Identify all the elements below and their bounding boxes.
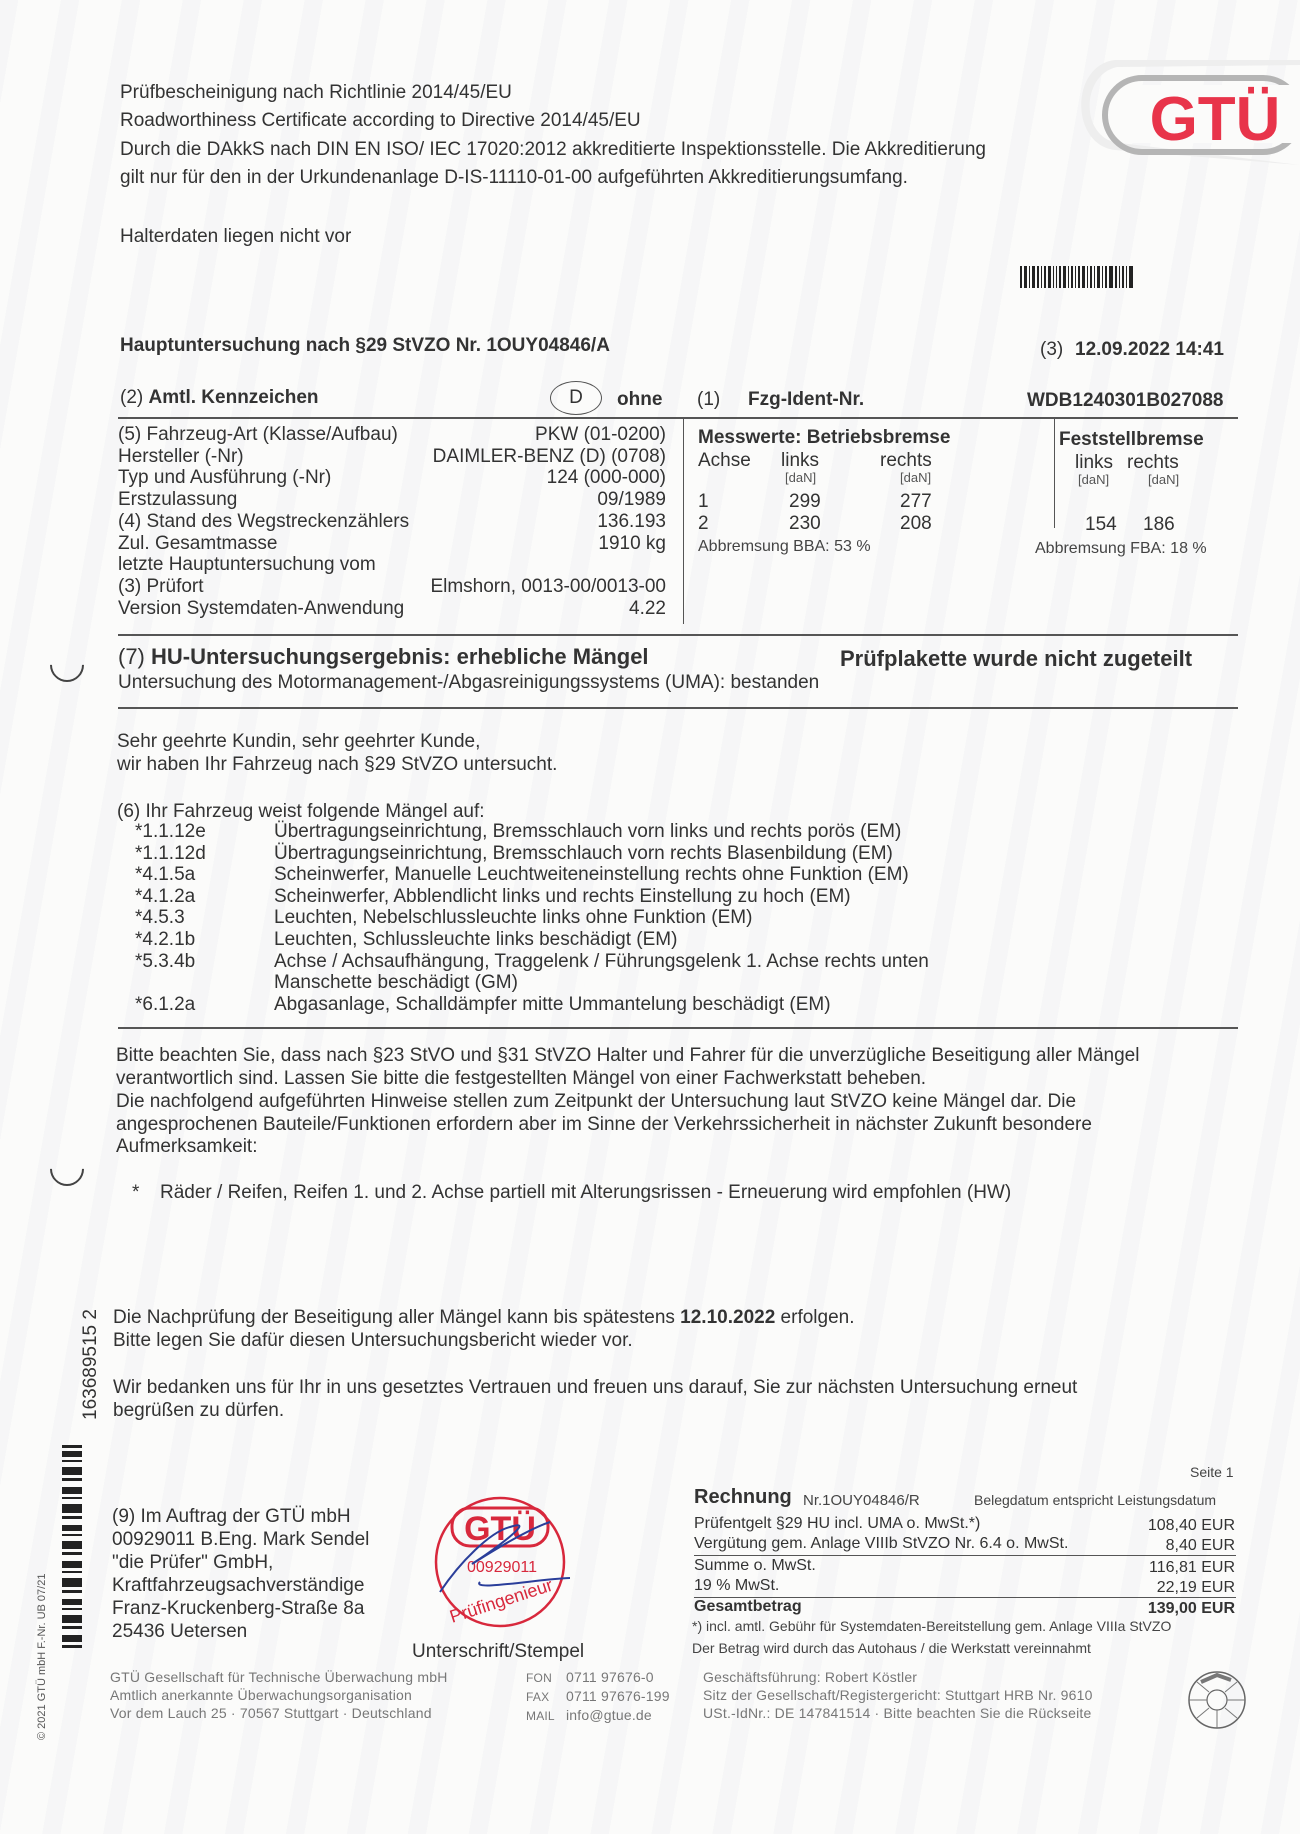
inspection-title: Hauptuntersuchung nach §29 StVZO Nr. 1OU… (120, 334, 610, 357)
footer-company-name: GTÜ Gesellschaft für Technische Überwach… (110, 1668, 448, 1686)
header-line-4: gilt nur für den in der Urkundenanlage D… (120, 166, 908, 189)
invoice-item-amount: 108,40 EUR (1148, 1517, 1235, 1535)
svg-text:GTÜ: GTÜ (464, 1510, 536, 1548)
divider-vertical (683, 418, 684, 624)
plate-label-text: Amtl. Kennzeichen (149, 387, 319, 408)
result-title-text: HU-Untersuchungsergebnis: erhebliche Män… (151, 644, 649, 669)
header-line-1: Prüfbescheinigung nach Richtlinie 2014/4… (120, 81, 512, 104)
inspector-line: Franz-Kruckenberg-Straße 8a (112, 1598, 364, 1620)
svg-text:Prüfingenieur: Prüfingenieur (447, 1575, 555, 1627)
vin-value: WDB1240301B027088 (1027, 389, 1223, 412)
result-title-number: (7) (118, 644, 145, 669)
parking-col-right: rechts (1127, 451, 1179, 474)
inspector-line: Kraftfahrzeugsachverständige (112, 1575, 364, 1597)
invoice-title: Rechnung (694, 1486, 792, 1509)
unit-left: [daN] (785, 470, 816, 485)
signature-label: Unterschrift/Stempel (412, 1640, 584, 1663)
vehicle-row-label: Typ und Ausführung (-Nr) (118, 467, 331, 489)
vehicle-row-value: PKW (01-0200) (535, 424, 666, 446)
invoice-item-label: Prüfentgelt §29 HU incl. UMA o. MwSt.*) (694, 1515, 980, 1533)
recheck-line: Die Nachprüfung der Beseitigung aller Mä… (113, 1306, 855, 1329)
parking-left-value: 154 (1085, 513, 1117, 536)
vehicle-row-label: Zul. Gesamtmasse (118, 533, 277, 555)
vehicle-row: Hersteller (-Nr)DAIMLER-BENZ (D) (0708) (118, 446, 666, 468)
invoice-item-label: Vergütung gem. Anlage VIIIb StVZO Nr. 6.… (694, 1535, 1068, 1553)
brake-left-value: 299 (789, 490, 821, 513)
brake-right-value: 277 (900, 490, 932, 513)
total-amount: 139,00 EUR (1148, 1600, 1235, 1618)
footer-company-type: Amtlich anerkannte Überwachungsorganisat… (110, 1686, 448, 1704)
defect-code: *4.5.3 (135, 907, 185, 929)
sticker-status: Prüfplakette wurde nicht zugeteilt (840, 646, 1192, 672)
recheck-text-end: erfolgen. (775, 1307, 854, 1328)
vat-label: 19 % MwSt. (694, 1577, 779, 1595)
defect-code: *4.1.5a (135, 864, 195, 886)
brake-axle-value: 1 (698, 490, 709, 513)
inspection-datetime: 12.09.2022 14:41 (1075, 338, 1224, 361)
greeting-2: wir haben Ihr Fahrzeug nach §29 StVZO un… (117, 753, 557, 776)
vehicle-row-label: Erstzulassung (118, 489, 237, 511)
recheck-line-2: Bitte legen Sie dafür diesen Untersuchun… (113, 1329, 633, 1352)
vehicle-row-label: Hersteller (-Nr) (118, 446, 244, 468)
holder-note: Halterdaten liegen nicht vor (120, 225, 351, 248)
parking-braking: Abbremsung FBA: 18 % (1035, 540, 1207, 558)
fax-label: FAX (526, 1688, 566, 1706)
collection-note: Der Betrag wird durch das Autohaus / die… (692, 1640, 1091, 1656)
defect-item: *6.1.2aAbgasanlage, Schalldämpfer mitte … (118, 994, 1118, 1016)
defect-item: *4.1.5aScheinwerfer, Manuelle Leuchtweit… (118, 864, 1118, 886)
header-line-2: Roadworthiness Certificate according to … (120, 109, 641, 132)
date-prefix: (3) (1040, 338, 1063, 361)
parking-right-value: 186 (1143, 513, 1175, 536)
vin-label: Fzg-Ident-Nr. (748, 388, 864, 411)
side-copyright: © 2021 GTÜ mbH F.-Nr. UB 07/21 (36, 1574, 48, 1740)
defect-item: *4.2.1bLeuchten, Schlussleuchte links be… (118, 929, 1118, 951)
plate-label: (2) Amtl. Kennzeichen (120, 386, 319, 409)
defect-item: Manschette beschädigt (GM) (118, 972, 1118, 994)
invoice-item-amount: 8,40 EUR (1166, 1537, 1235, 1555)
result-title: (7) HU-Untersuchungsergebnis: erhebliche… (118, 644, 649, 670)
footer-registry: Sitz der Gesellschaft/Registergericht: S… (703, 1686, 1093, 1704)
defect-item: *1.1.12dÜbertragungseinrichtung, Bremssc… (118, 843, 1118, 865)
vehicle-row-value: 136.193 (597, 511, 666, 533)
parking-unit-right: [daN] (1148, 472, 1179, 487)
vehicle-row-value: 1910 kg (598, 533, 666, 555)
divider (118, 707, 1238, 709)
hint-bullet: * (132, 1181, 139, 1204)
invoice-number: Nr.1OUY04846/R (803, 1492, 920, 1509)
page-number: Seite 1 (1190, 1464, 1234, 1480)
defect-description: Übertragungseinrichtung, Bremsschlauch v… (274, 843, 893, 865)
divider-vertical (1054, 418, 1055, 528)
vehicle-row-value: Elmshorn, 0013-00/0013-00 (430, 576, 666, 598)
svg-text:GTÜ: GTÜ (1150, 85, 1281, 154)
defect-item: *1.1.12eÜbertragungseinrichtung, Bremssc… (118, 821, 1118, 843)
divider (118, 417, 1238, 419)
footer-company: GTÜ Gesellschaft für Technische Überwach… (110, 1668, 448, 1722)
vehicle-row: letzte Hauptuntersuchung vom (118, 554, 666, 576)
vehicle-row: (3) PrüfortElmshorn, 0013-00/0013-00 (118, 576, 666, 598)
footer-company-address: Vor dem Lauch 25 · 70567 Stuttgart · Deu… (110, 1704, 448, 1722)
invoice-footnote: *) incl. amtl. Gebühr für Systemdaten-Be… (692, 1618, 1171, 1634)
plate-label-number: (2) (120, 387, 143, 408)
defect-description: Scheinwerfer, Abblendlicht links und rec… (274, 886, 851, 908)
defect-code: *4.1.2a (135, 886, 195, 908)
inspector-stamp: GTÜ 00929011 Prüfingenieur (430, 1492, 570, 1632)
defect-item: *4.5.3Leuchten, Nebelschlussleuchte link… (118, 907, 1118, 929)
col-axle: Achse (698, 449, 751, 472)
vehicle-row-label: (5) Fahrzeug-Art (Klasse/Aufbau) (118, 424, 398, 446)
plate-value: ohne (617, 388, 662, 411)
header-line-3: Durch die DAkkS nach DIN EN ISO/ IEC 170… (120, 138, 986, 161)
recheck-text: Die Nachprüfung der Beseitigung aller Mä… (113, 1307, 680, 1328)
notice-4: angesprochenen Bauteile/Funktionen erfor… (116, 1113, 1092, 1136)
country-code-oval: D (550, 381, 602, 415)
uma-result: Untersuchung des Motormanagement-/Abgasr… (118, 671, 819, 694)
notice-3: Die nachfolgend aufgeführten Hinweise st… (116, 1090, 1076, 1113)
invoice-date-note: Belegdatum entspricht Leistungsdatum (974, 1492, 1216, 1508)
subtotal-label: Summe o. MwSt. (694, 1557, 816, 1575)
defect-description: Leuchten, Nebelschlussleuchte links ohne… (274, 907, 752, 929)
divider (118, 1027, 1238, 1029)
total-label: Gesamtbetrag (694, 1598, 802, 1616)
gtue-logo: GTÜ (1075, 55, 1300, 165)
side-barcode (62, 1445, 82, 1725)
parking-col-left: links (1075, 451, 1113, 474)
defect-description: Achse / Achsaufhängung, Traggelenk / Füh… (274, 951, 929, 973)
hint-text: Räder / Reifen, Reifen 1. und 2. Achse p… (160, 1181, 1011, 1204)
vehicle-row: Erstzulassung09/1989 (118, 489, 666, 511)
barcode (1020, 266, 1135, 288)
vehicle-row-label: letzte Hauptuntersuchung vom (118, 554, 376, 576)
notice-1: Bitte beachten Sie, dass nach §23 StVO u… (116, 1044, 1139, 1067)
footer-vat-id: USt.-IdNr.: DE 147841514 · Bitte beachte… (703, 1704, 1093, 1722)
vehicle-row-value: DAIMLER-BENZ (D) (0708) (433, 446, 666, 468)
vehicle-row: Typ und Ausführung (-Nr)124 (000-000) (118, 467, 666, 489)
parking-unit-left: [daN] (1078, 472, 1109, 487)
inspector-line: (9) Im Auftrag der GTÜ mbH (112, 1506, 351, 1528)
vehicle-row-value: 09/1989 (597, 489, 666, 511)
fon-label: FON (526, 1669, 566, 1687)
footer-management: Geschäftsführung: Robert Köstler (703, 1668, 1093, 1686)
brake-axle-value: 2 (698, 512, 709, 535)
defect-description: Scheinwerfer, Manuelle Leuchtweiteneinst… (274, 864, 909, 886)
vehicle-row: (4) Stand des Wegstreckenzählers136.193 (118, 511, 666, 533)
fax-number: 0711 97676-199 (566, 1688, 670, 1704)
defect-item: *5.3.4bAchse / Achsaufhängung, Traggelen… (118, 951, 1118, 973)
notice-2: verantwortlich sind. Lassen Sie bitte di… (116, 1067, 926, 1090)
mail-address[interactable]: info@gtue.de (566, 1707, 652, 1723)
vehicle-row-label: Version Systemdaten-Anwendung (118, 598, 404, 620)
inspector-line: 25436 Uetersen (112, 1621, 247, 1643)
thanks-2: begrüßen zu dürfen. (113, 1399, 284, 1422)
vehicle-row-value: 4.22 (629, 598, 666, 620)
punch-hole (43, 1145, 91, 1193)
greeting-1: Sehr geehrte Kundin, sehr geehrter Kunde… (117, 730, 480, 753)
certificate-page: Prüfbescheinigung nach Richtlinie 2014/4… (0, 0, 1300, 1834)
inspection-sticker-icon (1187, 1670, 1247, 1730)
parking-brake-title: Feststellbremse (1059, 428, 1204, 451)
defects-title: (6) Ihr Fahrzeug weist folgende Mängel a… (117, 800, 485, 823)
subtotal-amount: 116,81 EUR (1149, 1559, 1235, 1577)
unit-right: [daN] (900, 470, 931, 485)
side-doc-number: 163689515 2 (80, 1309, 102, 1420)
notice-5: Aufmerksamkeit: (116, 1135, 257, 1158)
fon-number: 0711 97676-0 (566, 1669, 654, 1685)
service-brake-title: Messwerte: Betriebsbremse (698, 426, 950, 449)
recheck-date: 12.10.2022 (680, 1307, 775, 1328)
defect-code: *6.1.2a (135, 994, 195, 1016)
col-left: links (781, 449, 819, 472)
punch-hole (43, 641, 91, 689)
defect-item: *4.1.2aScheinwerfer, Abblendlicht links … (118, 886, 1118, 908)
divider (118, 634, 1238, 636)
brake-right-value: 208 (900, 512, 932, 535)
service-braking: Abbremsung BBA: 53 % (698, 538, 871, 556)
defect-code: *5.3.4b (135, 951, 195, 973)
vehicle-row-label: (3) Prüfort (118, 576, 204, 598)
defect-description: Abgasanlage, Schalldämpfer mitte Ummante… (274, 994, 831, 1016)
defect-code: *1.1.12e (135, 821, 206, 843)
divider (694, 1555, 1236, 1556)
footer-contact: FON0711 97676-0 FAX0711 97676-199 MAILin… (526, 1668, 670, 1725)
defect-description: Leuchten, Schlussleuchte links beschädig… (274, 929, 677, 951)
inspector-line: "die Prüfer" GmbH, (112, 1552, 273, 1574)
vehicle-row: Zul. Gesamtmasse1910 kg (118, 533, 666, 555)
defect-code: *1.1.12d (135, 843, 206, 865)
thanks-1: Wir bedanken uns für Ihr in uns gesetzte… (113, 1376, 1077, 1399)
vin-label-number: (1) (697, 388, 720, 411)
vehicle-row: (5) Fahrzeug-Art (Klasse/Aufbau)PKW (01-… (118, 424, 666, 446)
defect-code: *4.2.1b (135, 929, 195, 951)
vat-amount: 22,19 EUR (1157, 1579, 1235, 1597)
inspector-line: 00929011 B.Eng. Mark Sendel (112, 1529, 369, 1551)
defect-description: Übertragungseinrichtung, Bremsschlauch v… (274, 821, 901, 843)
mail-label: MAIL (526, 1707, 566, 1725)
col-right: rechts (880, 449, 932, 472)
vehicle-row-value: 124 (000-000) (547, 467, 666, 489)
footer-legal: Geschäftsführung: Robert Köstler Sitz de… (703, 1668, 1093, 1722)
vehicle-row: Version Systemdaten-Anwendung4.22 (118, 598, 666, 620)
defect-description: Manschette beschädigt (GM) (274, 972, 518, 994)
vehicle-row-label: (4) Stand des Wegstreckenzählers (118, 511, 409, 533)
brake-left-value: 230 (789, 512, 821, 535)
